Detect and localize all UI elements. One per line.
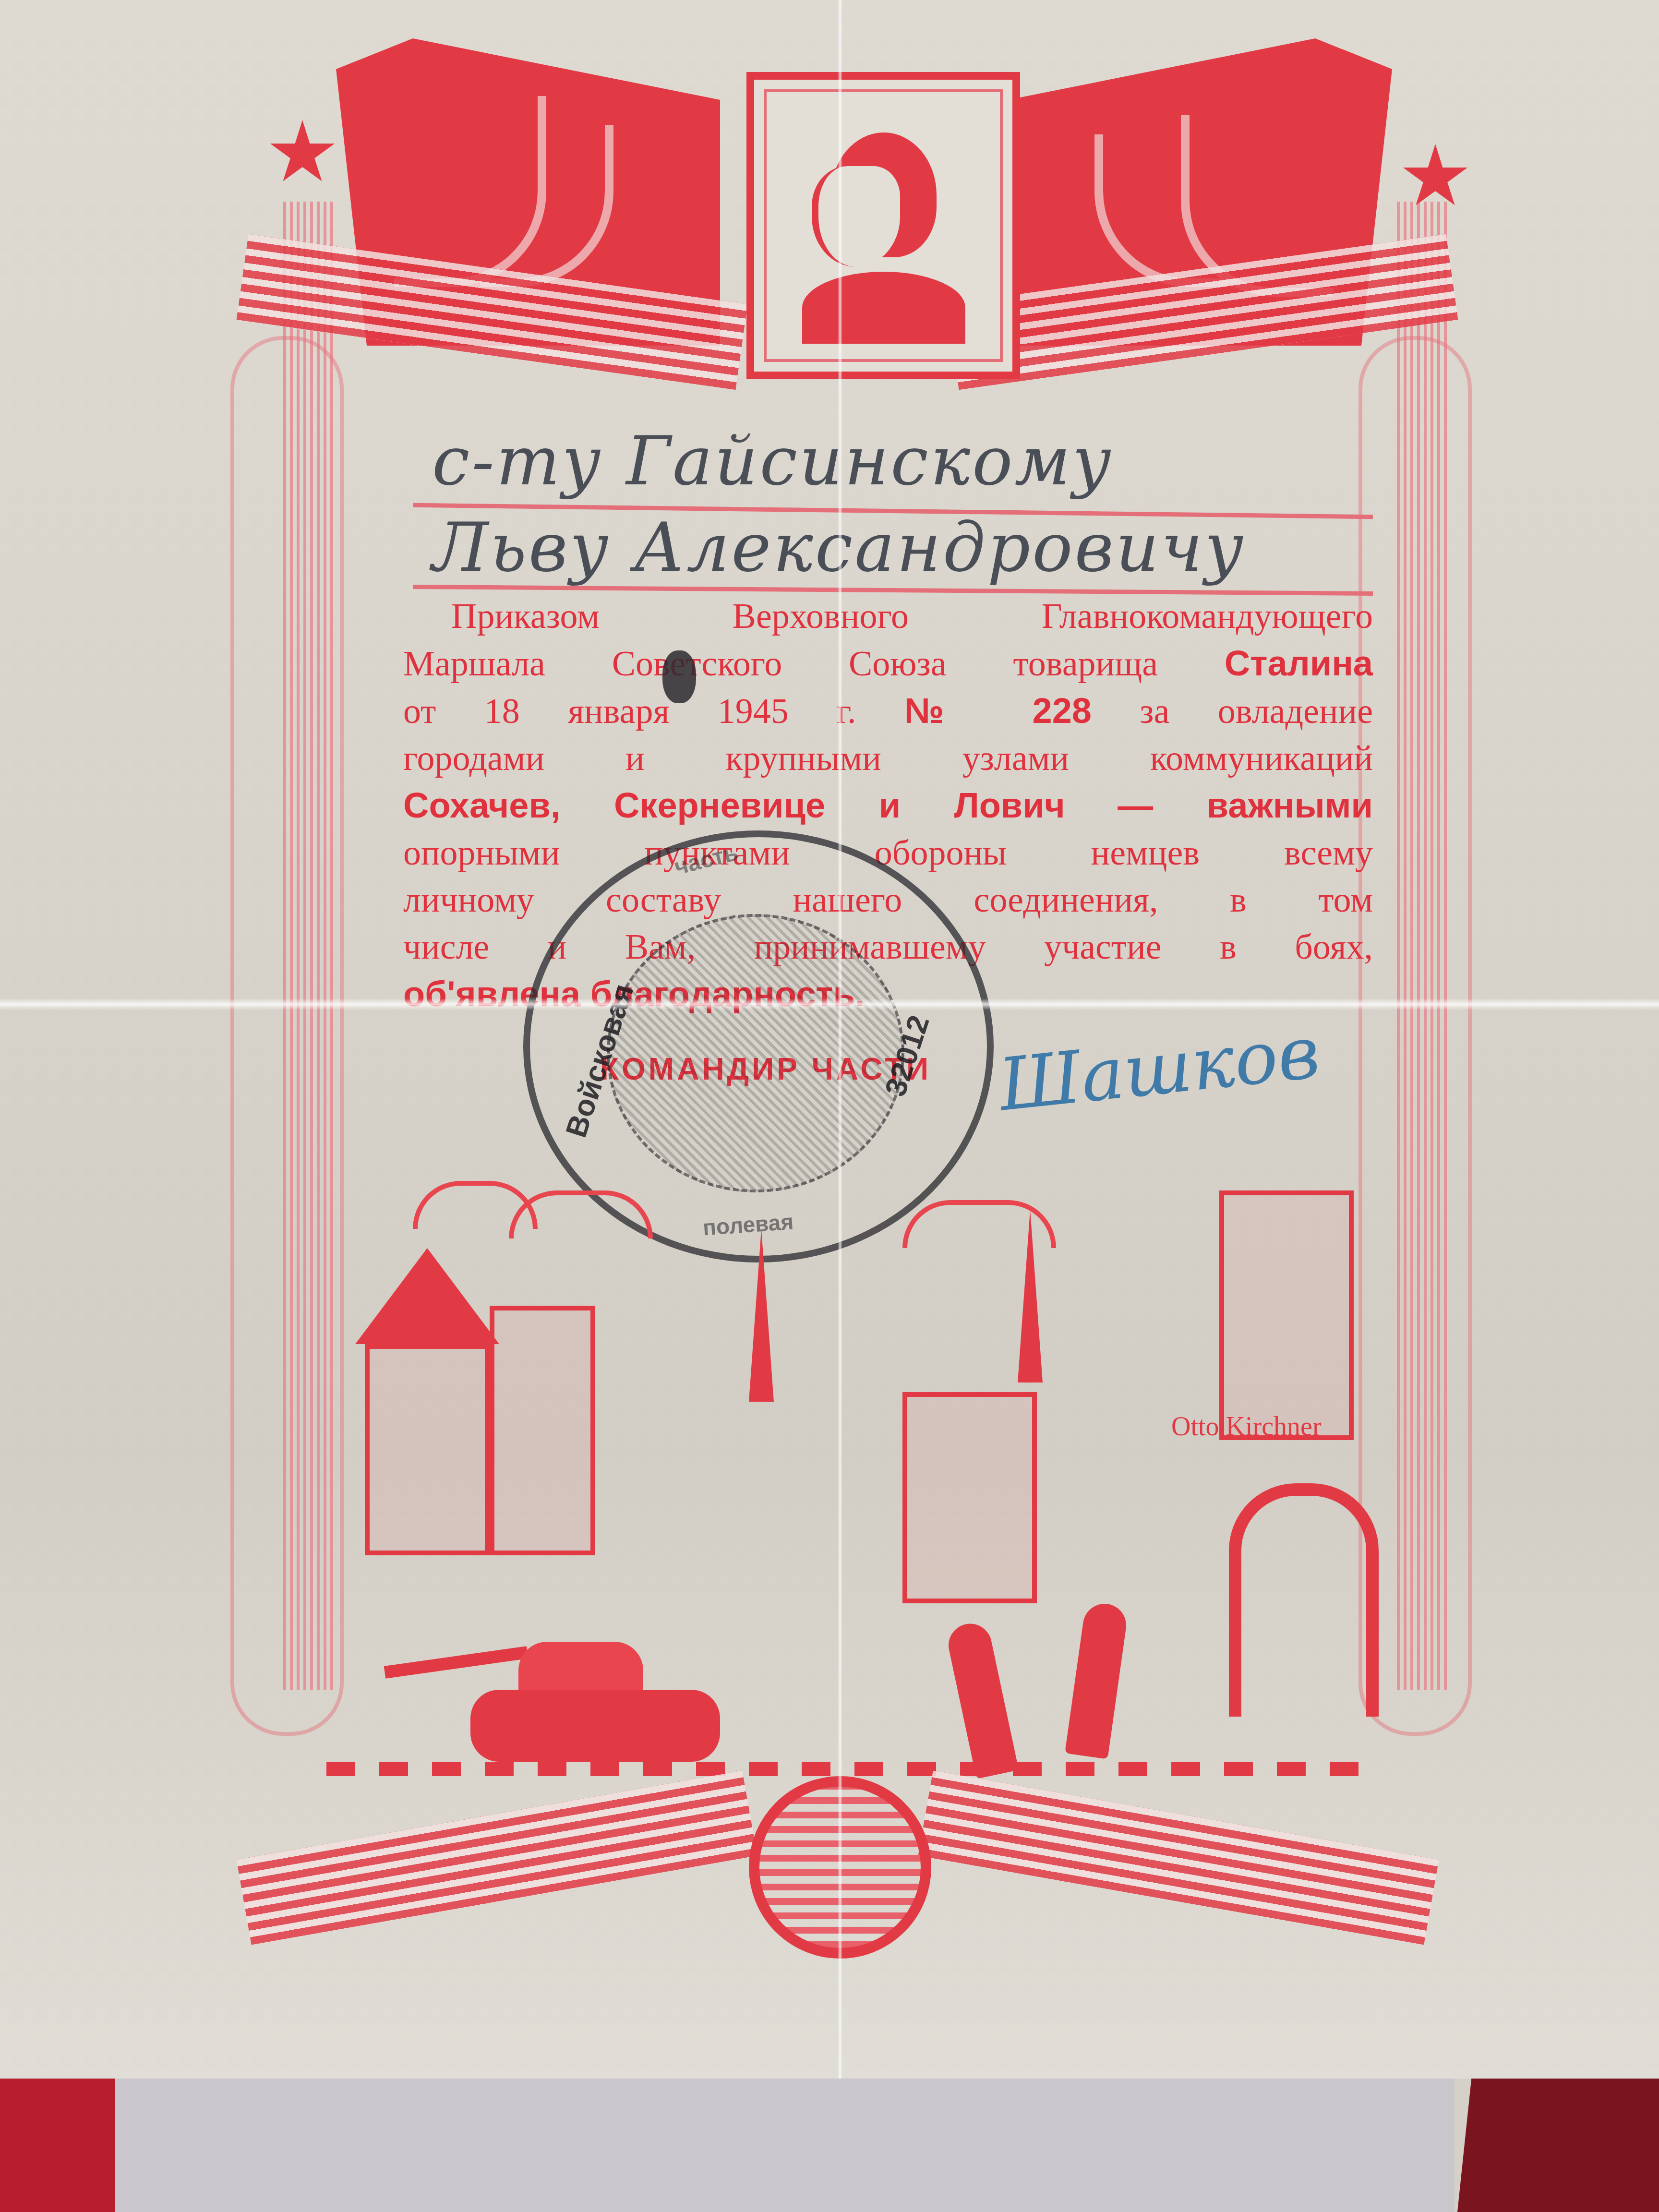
order-line-3: от 18 января 1945 г. № 228 за овладение (403, 687, 1373, 735)
battle-illustration: Otto Kirchner (326, 1210, 1382, 1762)
tank-icon (470, 1690, 720, 1762)
recipient-rank-surname: с-ту Гайсинскому (432, 422, 1113, 501)
paper-fold-horizontal (0, 998, 1659, 1010)
paper-fold-vertical (838, 0, 842, 2079)
ground-rubble (326, 1762, 1382, 1776)
portrait-of-stalin (746, 72, 1020, 379)
order-line-5: Сохачев, Скерневице и Лович — важными (403, 782, 1373, 829)
ink-blot (662, 650, 696, 703)
order-line-4: городами и крупными узлами коммуникаций (403, 735, 1373, 782)
ruined-tower-icon (1219, 1190, 1354, 1440)
certificate-paper: с-ту Гайсинскому Льву Александровичу При… (0, 0, 1659, 2079)
soldier-icon (945, 1620, 1019, 1779)
church-spire-icon (1018, 1210, 1043, 1382)
order-line-1: Приказом Верховного Главнокомандующего (403, 593, 1373, 640)
house-roof-icon (355, 1248, 499, 1344)
portrait-uniform (802, 272, 965, 344)
order-line-2: Маршала Советского Союза товарища Сталин… (403, 640, 1373, 687)
ribbon-bottom-right (918, 1770, 1439, 1945)
house-icon (902, 1392, 1037, 1603)
ribbon-bottom-left (236, 1770, 757, 1945)
ussr-coat-of-arms-icon (607, 914, 904, 1192)
soldier-icon (1065, 1601, 1129, 1759)
red-star-icon (1402, 144, 1469, 211)
house-icon (365, 1344, 490, 1555)
ruined-building-icon (490, 1306, 595, 1555)
archway-icon (1229, 1483, 1379, 1717)
stamp-text-top: часть (672, 840, 741, 881)
commander-signature: Шашков (995, 1010, 1323, 1127)
shop-sign: Otto Kirchner (1171, 1411, 1322, 1442)
portrait-face (812, 166, 900, 267)
red-star-icon (269, 120, 336, 187)
church-spire-icon (749, 1229, 774, 1402)
tank-gun-icon (384, 1646, 529, 1678)
